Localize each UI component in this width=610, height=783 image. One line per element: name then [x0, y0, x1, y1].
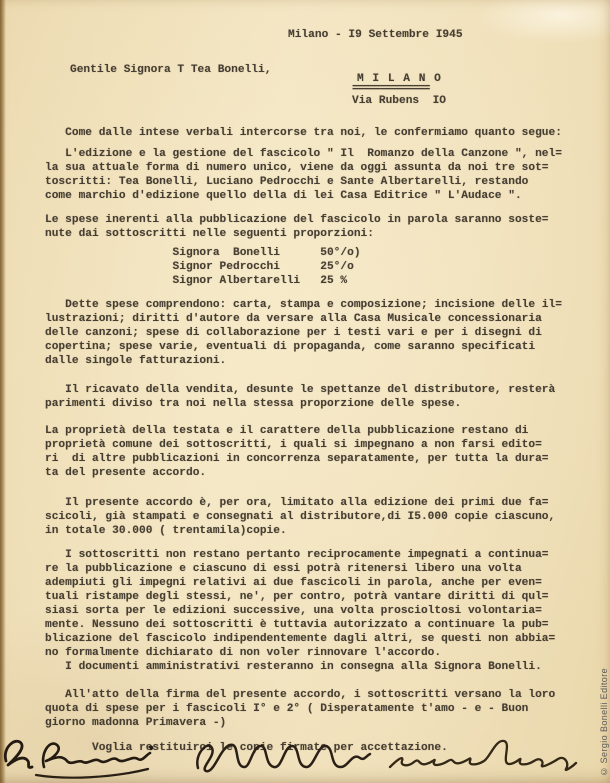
paragraph-payment: All'atto della firma del presente accord… — [45, 688, 555, 730]
sante-albertarelli-signature-stroke — [190, 736, 375, 780]
paragraph-intro: Come dalle intese verbali intercorse tra… — [45, 126, 562, 140]
paragraph-ownership: La proprietà della testata e il caratter… — [45, 424, 549, 480]
luciano-pedrocchi-signature-stroke — [386, 733, 581, 779]
paragraph-admin-documents: I documenti amministrativi resteranno in… — [45, 660, 542, 674]
paragraph-edition-agreement: L'edizione e la gestione del fascicolo "… — [45, 147, 562, 203]
signature-sante-albertarelli — [190, 736, 375, 780]
salutation: Gentile Signora T Tea Bonelli, — [70, 63, 271, 77]
copyright-watermark: © Sergio Bonelli Editore — [599, 668, 609, 777]
scan-edge-shadow — [0, 0, 6, 783]
paragraph-revenue-split: Il ricavato della vendita, desunte le sp… — [45, 383, 555, 411]
paragraph-obligations: I sottoscritti non restano pertanto reci… — [45, 548, 555, 660]
expense-share-table: Signora Bonelli 50°/o) Signor Pedrocchi … — [45, 246, 361, 288]
address-street: Via Rubens IO — [352, 94, 446, 108]
tea-bonelli-signature-stroke — [0, 731, 175, 783]
signature-luciano-pedrocchi — [386, 733, 581, 779]
date-line: Milano - I9 Settembre I945 — [288, 28, 463, 42]
signature-tea-bonelli — [0, 731, 175, 783]
address-underline: ============== — [352, 85, 429, 93]
paragraph-expenses: Le spese inerenti alla pubblicazione del… — [45, 213, 549, 241]
paragraph-expense-details: Dette spese comprendono: carta, stampa e… — [45, 298, 562, 368]
paragraph-scope: Il presente accordo è, per ora, limitato… — [45, 496, 555, 538]
letter-page: Milano - I9 Settembre I945 Gentile Signo… — [0, 0, 610, 783]
